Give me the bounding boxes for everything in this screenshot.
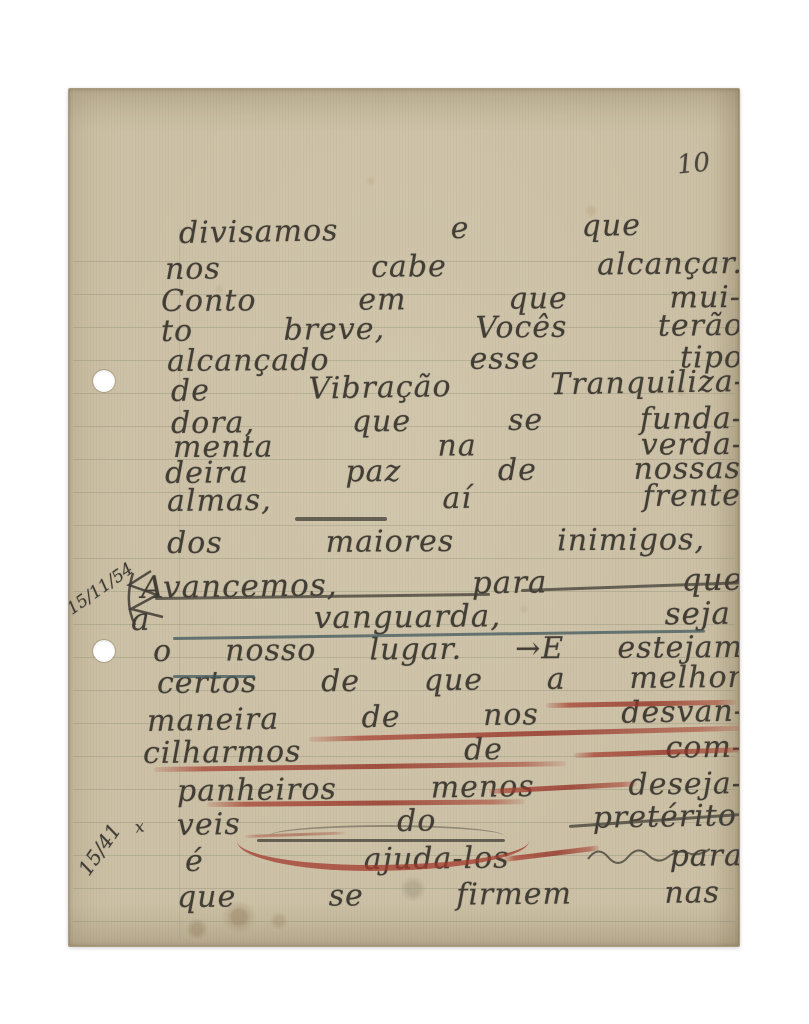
manuscript-scan: 10 divisamoseque noscabealcançar. Contoe… <box>0 0 809 1024</box>
handwritten-line: certosdequeamelhor <box>157 663 740 699</box>
paper-sheet: 10 divisamoseque noscabealcançar. Contoe… <box>68 88 740 947</box>
punch-hole-bottom <box>93 640 115 662</box>
handwritten-line: dosmaioresinimigos, <box>167 525 705 559</box>
page-number: 10 <box>676 147 712 180</box>
handwritten-line: tobreve,Vocêsterão <box>161 311 740 347</box>
handwritten-line: noscabealcançar. <box>165 249 740 285</box>
pencil-underline-almas <box>295 517 387 521</box>
punch-hole-top <box>93 370 115 392</box>
margin-note-date-bottom: 15/41 <box>73 819 126 880</box>
handwritten-line: almas,aífrente <box>167 481 740 517</box>
blue-underline-nosso <box>173 675 255 678</box>
handwritten-line: quesefirmemnas <box>177 878 720 913</box>
pencil-squiggle-mark <box>584 841 714 867</box>
handwritten-line: divisamoseque <box>179 211 641 249</box>
margin-mark-x: x <box>133 816 145 836</box>
